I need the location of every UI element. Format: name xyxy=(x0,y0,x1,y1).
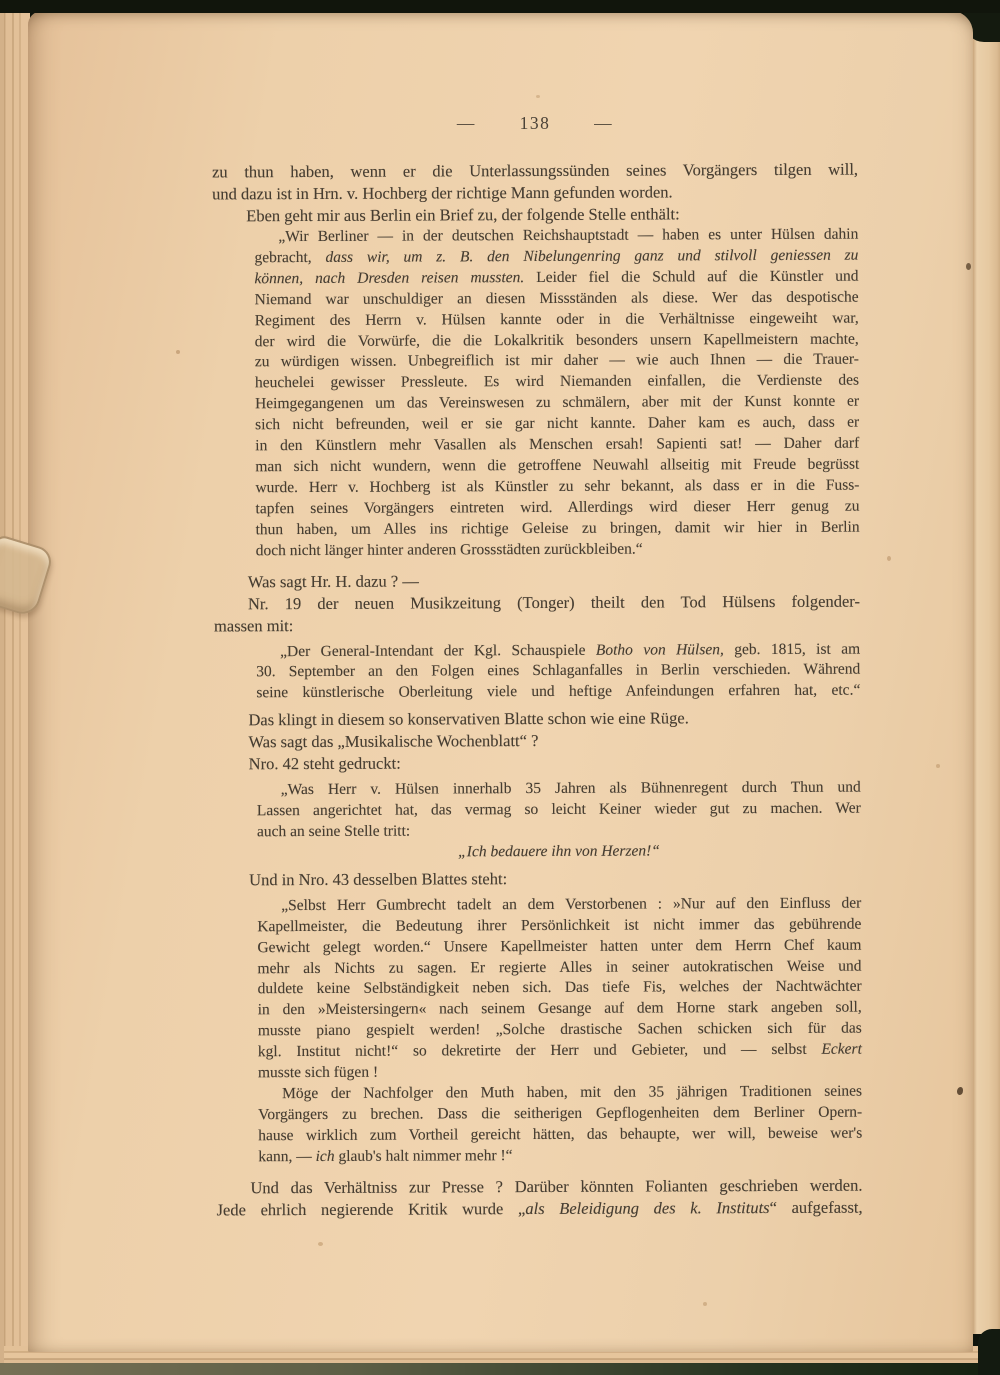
paragraph-4: Was sagt Hr. H. dazu ? — xyxy=(214,568,860,593)
text-line: man sich nicht wundern, wenn die getroff… xyxy=(255,455,859,479)
text-line: „Der General-Intendant der Kgl. Schauspi… xyxy=(256,639,860,663)
paragraph-6: „Der General-Intendant der Kgl. Schauspi… xyxy=(256,639,860,704)
text-line: „Selbst Herr Gumbrecht tadelt an dem Ver… xyxy=(257,893,861,917)
text-line: Eben geht mir aus Berlin ein Brief zu, d… xyxy=(212,203,858,228)
book-cover-bottom xyxy=(0,1363,1000,1375)
text-line: thun haben, um Alles ins richtige Geleis… xyxy=(256,517,860,541)
book-cover-bottom-right-corner xyxy=(978,1329,1000,1375)
paragraph-1: zu thun haben, wenn er die Unterlassungs… xyxy=(212,159,858,206)
text-line: seine künstlerische Oberleitung viele un… xyxy=(256,681,860,705)
text-line: kgl. Institut nicht!“ so dekretirte der … xyxy=(258,1040,862,1064)
text-line: „Was Herr v. Hülsen innerhalb 35 Jahren … xyxy=(257,778,861,802)
paragraph-15: Und das Verhältniss zur Presse ? Darüber… xyxy=(216,1174,862,1221)
text-line: Lassen angerichtet hat, das vermag so le… xyxy=(257,799,861,823)
paragraph-5: Nr. 19 der neuen Musikzeitung (Tonger) t… xyxy=(214,590,860,637)
paper-speck xyxy=(318,1242,323,1246)
page-number: — 138 — xyxy=(212,113,858,134)
text-line: musste sich fügen ! xyxy=(258,1061,862,1085)
text-line: Kapellmeister, die Bedeutung ihrer Persö… xyxy=(257,914,861,938)
text-line: musste piano gespielt werden! „Solche dr… xyxy=(258,1019,862,1043)
text-line: Möge der Nachfolger den Muth haben, mit … xyxy=(258,1082,862,1106)
text-line: in den »Meistersingern« nach seinem Gesa… xyxy=(258,998,862,1022)
paper-speck xyxy=(536,95,540,98)
paragraph-3: „Wir Berliner — in der deutschen Reichsh… xyxy=(254,225,859,562)
paragraph-13: „Selbst Herr Gumbrecht tadelt an dem Ver… xyxy=(257,893,862,1084)
paragraph-7: Das klingt in diesem so konservativen Bl… xyxy=(214,707,860,732)
text-line: Was sagt das „Musikalische Wochenblatt“ … xyxy=(214,729,860,754)
paragraph-2: Eben geht mir aus Berlin ein Brief zu, d… xyxy=(212,203,858,228)
page-stack-right-edge xyxy=(971,28,1000,1334)
text-line: auch an seine Stelle tritt: xyxy=(257,820,861,844)
paper-speck xyxy=(887,556,891,561)
text-line: massen mit: xyxy=(214,612,860,637)
page-text: zu thun haben, wenn er die Unterlassungs… xyxy=(212,159,863,1221)
text-line: sich nicht befreunden, weil er sie gar n… xyxy=(255,413,859,437)
text-line: „Ich bedauere ihn von Herzen!“ xyxy=(257,841,861,865)
text-line: Heimgegangenen um das Vereinswesen zu sc… xyxy=(255,392,859,416)
text-line: Was sagt Hr. H. dazu ? — xyxy=(214,568,860,593)
page-stack-left-edge xyxy=(0,8,30,1370)
paper-speck xyxy=(966,263,971,270)
text-line: duldete keine Selbständigkeit neben sich… xyxy=(258,977,862,1001)
paragraph-9: Nro. 42 steht gedruckt: xyxy=(215,751,861,776)
text-line: Das klingt in diesem so konservativen Bl… xyxy=(214,707,860,732)
text-line: doch nicht länger hinter anderen Grossst… xyxy=(256,538,860,562)
text-line: Regiment des Herrn v. Hülsen kannte oder… xyxy=(255,308,859,332)
paragraph-14: Möge der Nachfolger den Muth haben, mit … xyxy=(258,1082,862,1168)
paragraph-8: Was sagt das „Musikalische Wochenblatt“ … xyxy=(214,729,860,754)
book-page: — 138 — zu thun haben, wenn er die Unter… xyxy=(28,11,973,1352)
text-line: Nr. 19 der neuen Musikzeitung (Tonger) t… xyxy=(214,590,860,615)
paper-speck xyxy=(936,764,940,768)
text-line: zu würdigen wissen. Unbegreiflich ist mi… xyxy=(255,350,859,374)
scanned-book-photo: { "page": { "number": "— 138 —" }, "pale… xyxy=(0,0,1000,1375)
text-line: können, nach Dresden reisen mussten. Lei… xyxy=(254,266,858,290)
text-line: zu thun haben, wenn er die Unterlassungs… xyxy=(212,159,858,184)
text-line: heuchelei gewisser Pressleute. Es wird N… xyxy=(255,371,859,395)
text-line: Vorgängers zu brechen. Dass die seitheri… xyxy=(258,1102,862,1126)
text-line: gebracht, dass wir, um z. B. den Nibelun… xyxy=(254,245,858,269)
text-line: mehr als Nichts zu sagen. Er regierte Al… xyxy=(257,956,861,980)
text-line: tapfen seines Vorgängers eintreten wird.… xyxy=(255,496,859,520)
text-line: in den Künstlern mehr Vasallen als Mensc… xyxy=(255,434,859,458)
text-line: „Wir Berliner — in der deutschen Reichsh… xyxy=(254,225,858,249)
text-line: Nro. 42 steht gedruckt: xyxy=(215,751,861,776)
text-line: Und das Verhältniss zur Presse ? Darüber… xyxy=(216,1174,862,1199)
text-line: 30. September an den Folgen eines Schlag… xyxy=(256,660,860,684)
text-line: wurde. Herr v. Hochberg ist als Künstler… xyxy=(255,475,859,499)
text-line: Und in Nro. 43 desselben Blattes steht: xyxy=(215,866,861,891)
book-cover-top xyxy=(0,0,1000,13)
paper-speck xyxy=(703,1302,707,1306)
text-line: und dazu ist in Hrn. v. Hochberg der ric… xyxy=(212,181,858,206)
paragraph-10: „Was Herr v. Hülsen innerhalb 35 Jahren … xyxy=(257,778,861,843)
text-line: kann, — ich glaub's halt nimmer mehr !“ xyxy=(258,1144,862,1168)
text-line: Niemand war unschuldiger an diesen Misss… xyxy=(255,287,859,311)
paragraph-11: „Ich bedauere ihn von Herzen!“ xyxy=(257,841,861,865)
text-line: hause wirklich zum Vortheil gereicht hät… xyxy=(258,1123,862,1147)
text-line: Jede ehrlich negierende Kritik wurde „al… xyxy=(217,1196,863,1221)
text-line: der wird die Vorwürfe, die die Lokalkrit… xyxy=(255,329,859,353)
paper-speck xyxy=(176,350,180,354)
text-line: Gewicht gelegt worden.“ Unsere Kapellmei… xyxy=(257,935,861,959)
paragraph-12: Und in Nro. 43 desselben Blattes steht: xyxy=(215,866,861,891)
